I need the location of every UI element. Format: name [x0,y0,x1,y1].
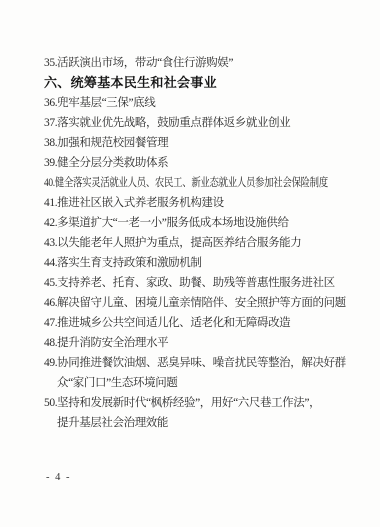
document-line: 43.以失能老年人照护为重点，提高医养结合服务能力 [44,233,358,253]
document-line: 45.支持养老、托育、家政、助餐、助残等普惠性服务进社区 [44,273,358,293]
document-line: 37.落实就业优先战略，鼓励重点群体返乡就业创业 [44,113,358,133]
document-line: 40.健全落实灵活就业人员、农民工、新业态就业人员参加社会保险制度 [44,173,301,193]
document-line: 36.兜牢基层“三保”底线 [44,93,358,113]
document-line: 提升基层社会治理效能 [44,413,358,433]
document-page: 35.活跃演出市场，带动“食住行游购娱”六、统筹基本民生和社会事业36.兜牢基层… [0,0,380,527]
document-line: 48.提升消防安全治理水平 [44,333,358,353]
document-line: 47.推进城乡公共空间适儿化、适老化和无障碍改造 [44,313,358,333]
page-number: - 4 - [46,472,71,483]
document-body: 35.活跃演出市场，带动“食住行游购娱”六、统筹基本民生和社会事业36.兜牢基层… [44,53,358,433]
document-line: 46.解决留守儿童、困境儿童亲情陪伴、安全照护等方面的问题 [44,293,358,313]
document-line: 41.推进社区嵌入式养老服务机构建设 [44,193,358,213]
document-line: 众“家门口”生态环境问题 [44,373,358,393]
document-line: 44.落实生育支持政策和激励机制 [44,253,358,273]
document-line: 38.加强和规范校园餐管理 [44,133,358,153]
document-line: 35.活跃演出市场，带动“食住行游购娱” [44,53,358,73]
document-line: 42.多渠道扩大“一老一小”服务低成本场地设施供给 [44,213,358,233]
document-line: 49.协同推进餐饮油烟、恶臭异味、噪音扰民等整治，解决好群 [44,353,358,373]
document-line: 50.坚持和发展新时代“枫桥经验”，用好“六尺巷工作法”， [44,393,358,413]
document-line: 39.健全分层分类救助体系 [44,153,358,173]
section-heading: 六、统筹基本民生和社会事业 [44,73,358,93]
